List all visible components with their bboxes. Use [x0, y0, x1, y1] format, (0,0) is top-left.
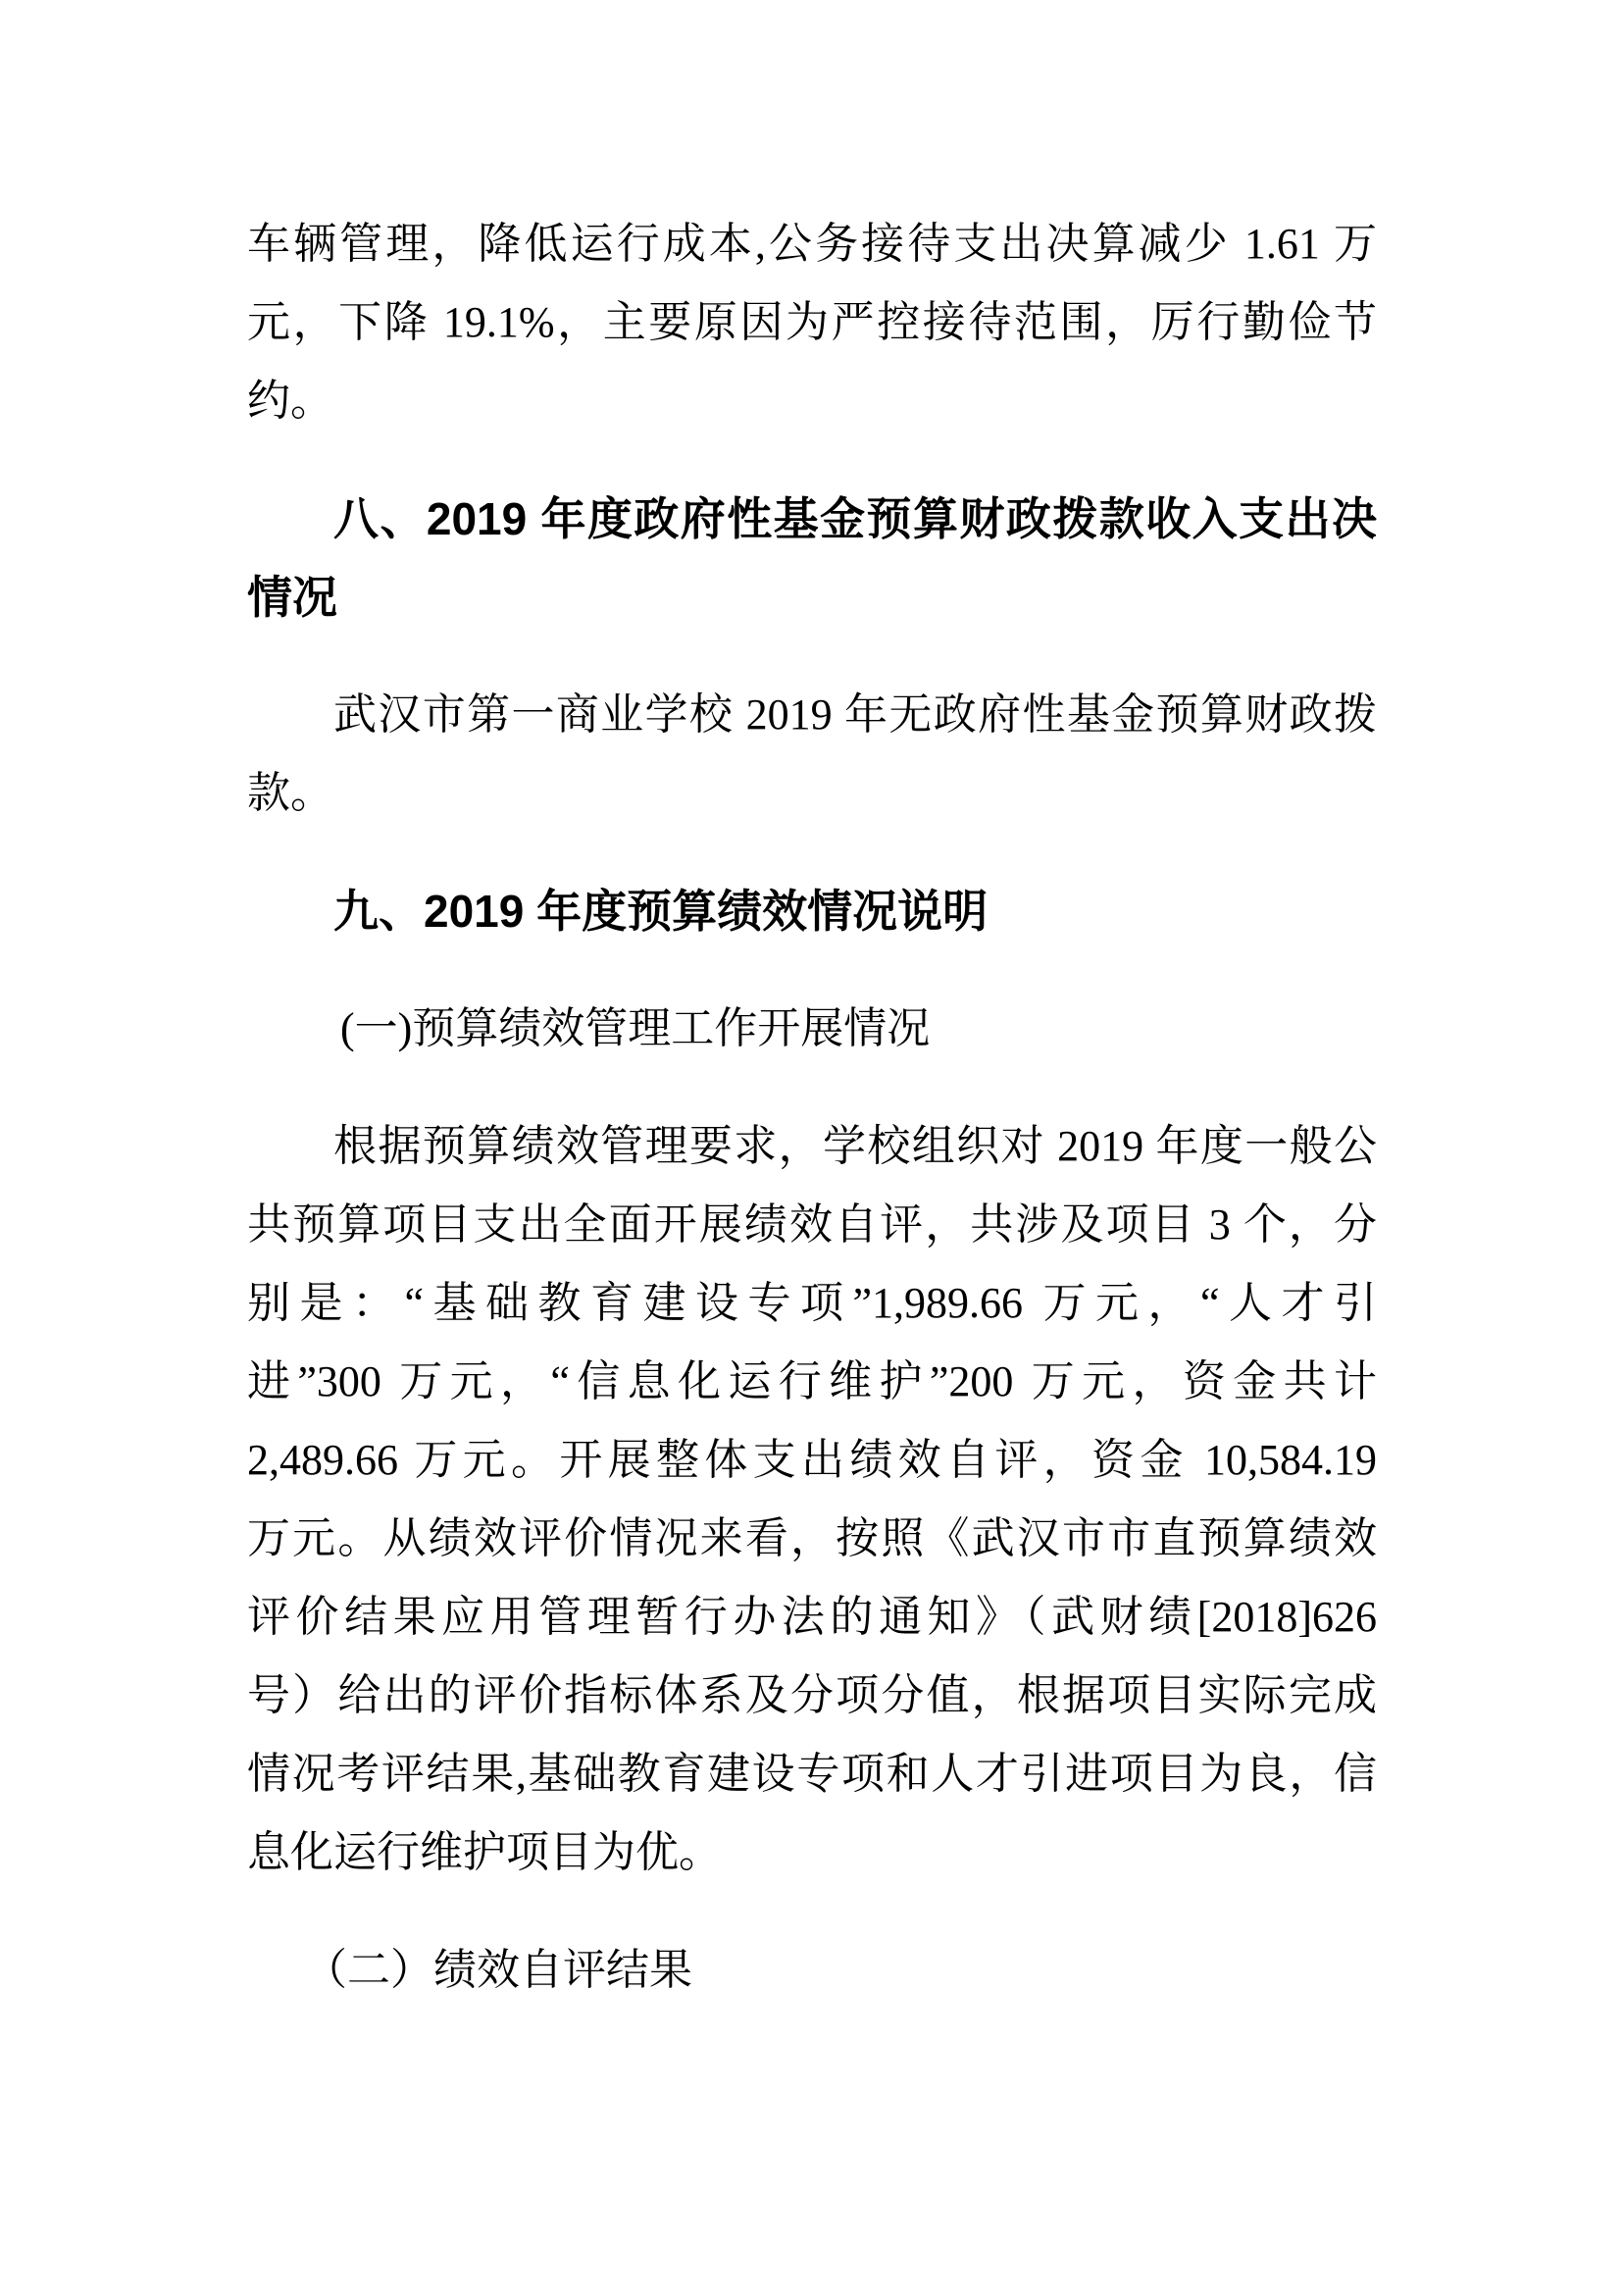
- text-line: 进”300 万元，“信息化运行维护”200 万元，资金共计: [247, 1343, 1377, 1421]
- text-line: 别是：“基础教育建设专项”1,989.66 万元，“人才引: [247, 1264, 1377, 1343]
- document-page: 车辆管理，降低运行成本,公务接待支出决算减少 1.61 万 元，下降 19.1%…: [0, 0, 1623, 2296]
- text-line: 万元。从绩效评价情况来看，按照《武汉市市直预算绩效: [247, 1500, 1377, 1578]
- heading-line: 九、2019 年度预算绩效情况说明: [247, 872, 1377, 950]
- section-subheading-1: (一)预算绩效管理工作开展情况: [247, 990, 1377, 1068]
- section-carryover-paragraph: 车辆管理，降低运行成本,公务接待支出决算减少 1.61 万 元，下降 19.1%…: [247, 205, 1377, 440]
- section-heading-8: 八、2019 年度政府性基金预算财政拨款收入支出决算 情况: [247, 480, 1377, 637]
- section-subheading-2: （二）绩效自评结果: [247, 1931, 1377, 2010]
- text-line: 车辆管理，降低运行成本,公务接待支出决算减少 1.61 万: [247, 205, 1377, 283]
- heading-line: 八、2019 年度政府性基金预算财政拨款收入支出决算: [247, 480, 1377, 558]
- text-line: 情况考评结果,基础教育建设专项和人才引进项目为良，信: [247, 1735, 1377, 1813]
- text-line: 共预算项目支出全面开展绩效自评，共涉及项目 3 个，分: [247, 1186, 1377, 1264]
- subheading-line: (一)预算绩效管理工作开展情况: [247, 990, 1377, 1068]
- section-heading-9: 九、2019 年度预算绩效情况说明: [247, 872, 1377, 950]
- section-performance-paragraph: 根据预算绩效管理要求，学校组织对 2019 年度一般公 共预算项目支出全面开展绩…: [247, 1107, 1377, 1892]
- subheading-line: （二）绩效自评结果: [247, 1931, 1377, 2010]
- text-line: 武汉市第一商业学校 2019 年无政府性基金预算财政拨: [247, 676, 1377, 754]
- text-line: 元，下降 19.1%，主要原因为严控接待范围，厉行勤俭节: [247, 283, 1377, 362]
- heading-line: 情况: [247, 558, 1377, 637]
- text-line: 息化运行维护项目为优。: [247, 1813, 1377, 1892]
- section-gov-fund-paragraph: 武汉市第一商业学校 2019 年无政府性基金预算财政拨 款。: [247, 676, 1377, 833]
- text-line: 评价结果应用管理暂行办法的通知》（武财绩[2018]626: [247, 1578, 1377, 1657]
- text-line: 约。: [247, 362, 1377, 440]
- text-line: 2,489.66 万元。开展整体支出绩效自评，资金 10,584.19: [247, 1421, 1377, 1500]
- text-line: 款。: [247, 754, 1377, 833]
- text-line: 号）给出的评价指标体系及分项分值，根据项目实际完成: [247, 1657, 1377, 1735]
- text-line: 根据预算绩效管理要求，学校组织对 2019 年度一般公: [247, 1107, 1377, 1186]
